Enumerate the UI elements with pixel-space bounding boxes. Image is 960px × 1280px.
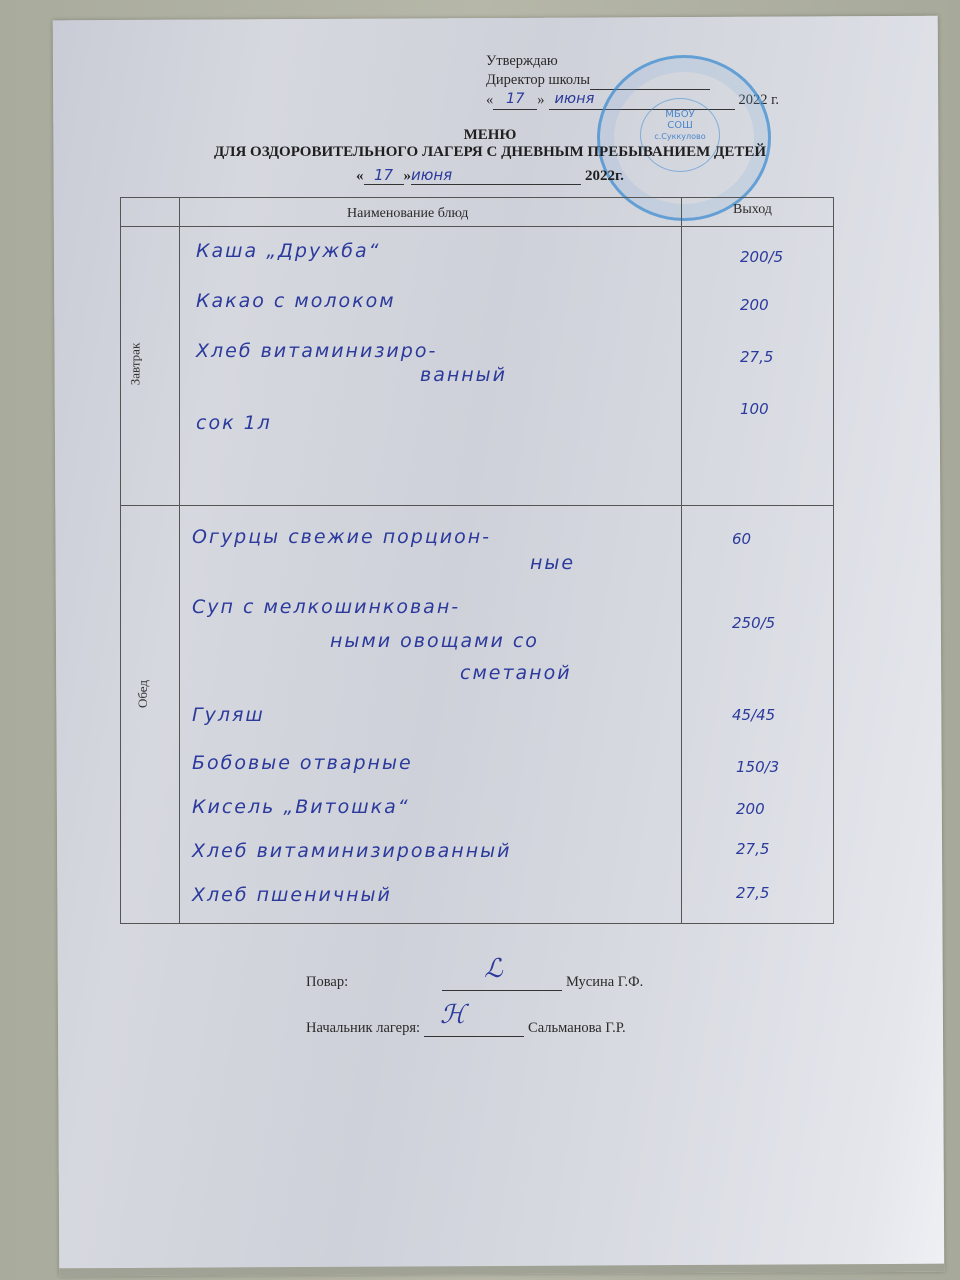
head-name: Сальманова Г.Р.: [528, 1020, 626, 1037]
meal-label-lunch: Обед: [135, 680, 151, 708]
quote-close: »: [404, 168, 412, 185]
dish-name: Гуляш: [192, 704, 265, 726]
dish-output: 60: [732, 530, 751, 548]
dish-name: Кисель „Витошка“: [192, 796, 410, 818]
dish-name-continued: ные: [530, 552, 575, 574]
cook-name: Мусина Г.Ф.: [566, 974, 643, 991]
dish-name: Хлеб витаминизированный: [192, 840, 512, 862]
quote-open: «: [356, 168, 364, 185]
menu-year: 2022г.: [585, 168, 624, 185]
cook-signature-row: Повар: ℒ Мусина Г.Ф.: [306, 972, 643, 991]
dish-name-continued: ванный: [420, 364, 507, 386]
dish-name: Бобовые отварные: [192, 752, 413, 774]
head-signature-row: Начальник лагеря: ℋ Сальманова Г.Р.: [306, 1018, 626, 1037]
menu-date: « 17 » июня 2022г.: [356, 166, 624, 185]
dish-output: 200: [740, 296, 769, 314]
dish-name: Хлеб витаминизиро-: [196, 340, 437, 362]
head-signature-line: ℋ: [424, 1018, 524, 1037]
dish-name: Какао с молоком: [196, 290, 396, 312]
dish-output: 250/5: [732, 614, 775, 632]
dish-name: Хлеб пшеничный: [192, 884, 392, 906]
menu-month: июня: [411, 166, 581, 185]
dish-name: сок 1л: [196, 412, 272, 434]
page-title: МЕНЮ ДЛЯ ОЗДОРОВИТЕЛЬНОГО ЛАГЕРЯ С ДНЕВН…: [150, 127, 830, 161]
table-surface: [59, 1264, 944, 1277]
approval-day: 17: [493, 90, 537, 110]
approve-label: Утверждаю: [486, 52, 779, 71]
column-header-dish: Наименование блюд: [347, 206, 468, 222]
cook-label: Повар:: [306, 974, 442, 991]
quote-open: «: [486, 91, 493, 110]
menu-title: МЕНЮ: [150, 127, 830, 144]
dish-output: 100: [740, 400, 769, 418]
director-label: Директор школы: [486, 71, 590, 90]
dish-output: 200: [736, 800, 765, 818]
dish-output: 27,5: [736, 884, 769, 902]
dish-name-continued: ными овощами со: [330, 630, 539, 652]
head-signature-mark: ℋ: [440, 1000, 466, 1030]
stamp-line: МБОУ: [641, 109, 719, 120]
meal-label-breakfast: Завтрак: [127, 343, 143, 386]
dish-output: 150/3: [736, 758, 779, 776]
dish-output: 45/45: [732, 706, 775, 724]
cook-signature-mark: ℒ: [484, 954, 503, 984]
dish-name-continued: сметаной: [460, 662, 572, 684]
dish-output: 27,5: [740, 348, 773, 366]
menu-day: 17: [364, 166, 404, 185]
dish-output: 27,5: [736, 840, 769, 858]
menu-subtitle: ДЛЯ ОЗДОРОВИТЕЛЬНОГО ЛАГЕРЯ С ДНЕВНЫМ ПР…: [150, 144, 830, 161]
dish-name: Огурцы свежие порцион-: [192, 526, 491, 548]
dish-name: Суп с мелкошинкован-: [192, 596, 460, 618]
cook-signature-line: ℒ: [442, 972, 562, 991]
head-label: Начальник лагеря:: [306, 1020, 420, 1037]
dish-name: Каша „Дружба“: [196, 240, 381, 262]
column-header-output: Выход: [733, 202, 772, 218]
dish-output: 200/5: [740, 248, 783, 266]
quote-close: »: [537, 91, 544, 110]
